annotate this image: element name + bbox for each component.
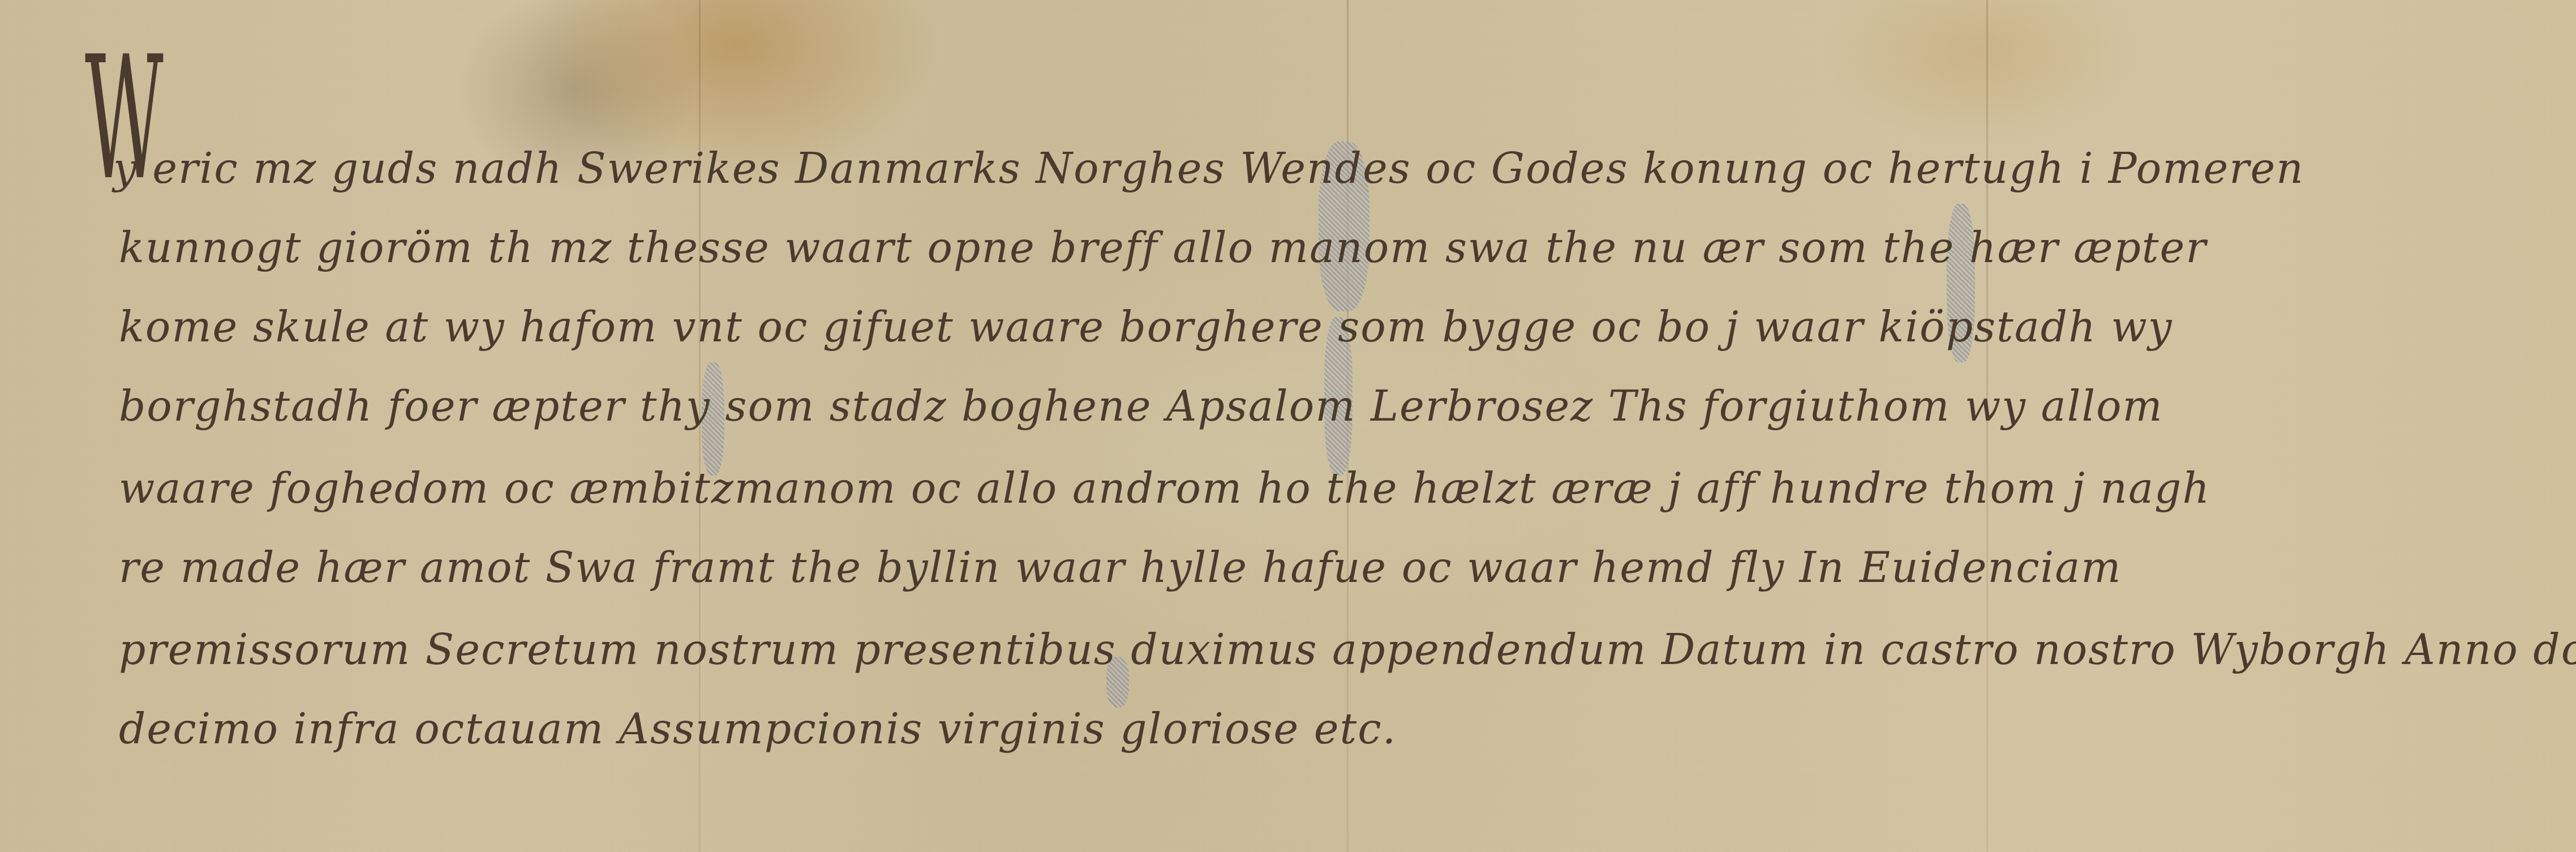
text-line-7: premissorum Secretum nostrum presentibus… [119, 626, 2576, 674]
text-line-8: decimo infra octauam Assumpcionis virgin… [119, 705, 1397, 753]
text-line-6: re made hær amot Swa framt the byllin wa… [119, 543, 2122, 592]
text-line-2: kunnogt gioröm th mz thesse waart opne b… [119, 224, 2207, 272]
text-line-5: waare foghedom oc æmbitzmanom oc allo an… [119, 464, 2210, 513]
text-line-3: kome skule at wy hafom vnt oc gifuet waa… [119, 303, 2173, 352]
text-line-1: y eric mz guds nadh Swerikes Danmarks No… [113, 144, 2304, 193]
text-line-4: borghstadh foer æpter thy som stadz bogh… [119, 382, 2163, 431]
